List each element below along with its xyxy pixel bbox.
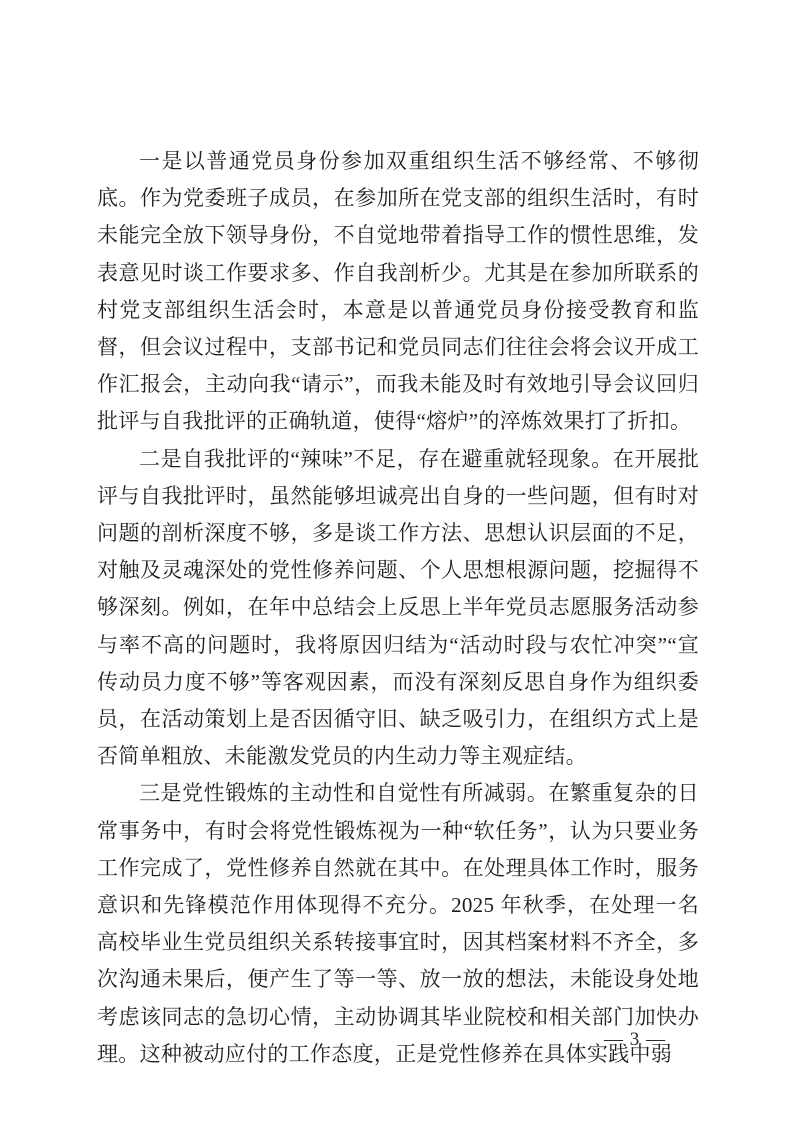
- document-body: 一是以普通党员身份参加双重组织生活不够经常、不够彻底。作为党委班子成员，在参加所…: [97, 143, 699, 1073]
- document-page: 一是以普通党员身份参加双重组织生活不够经常、不够彻底。作为党委班子成员，在参加所…: [0, 0, 793, 1122]
- page-number: — 3 —: [577, 1029, 693, 1051]
- paragraph: 二是自我批评的“辣味”不足，存在避重就轻现象。在开展批评与自我批评时，虽然能够坦…: [97, 441, 699, 776]
- paragraph: 一是以普通党员身份参加双重组织生活不够经常、不够彻底。作为党委班子成员，在参加所…: [97, 143, 699, 441]
